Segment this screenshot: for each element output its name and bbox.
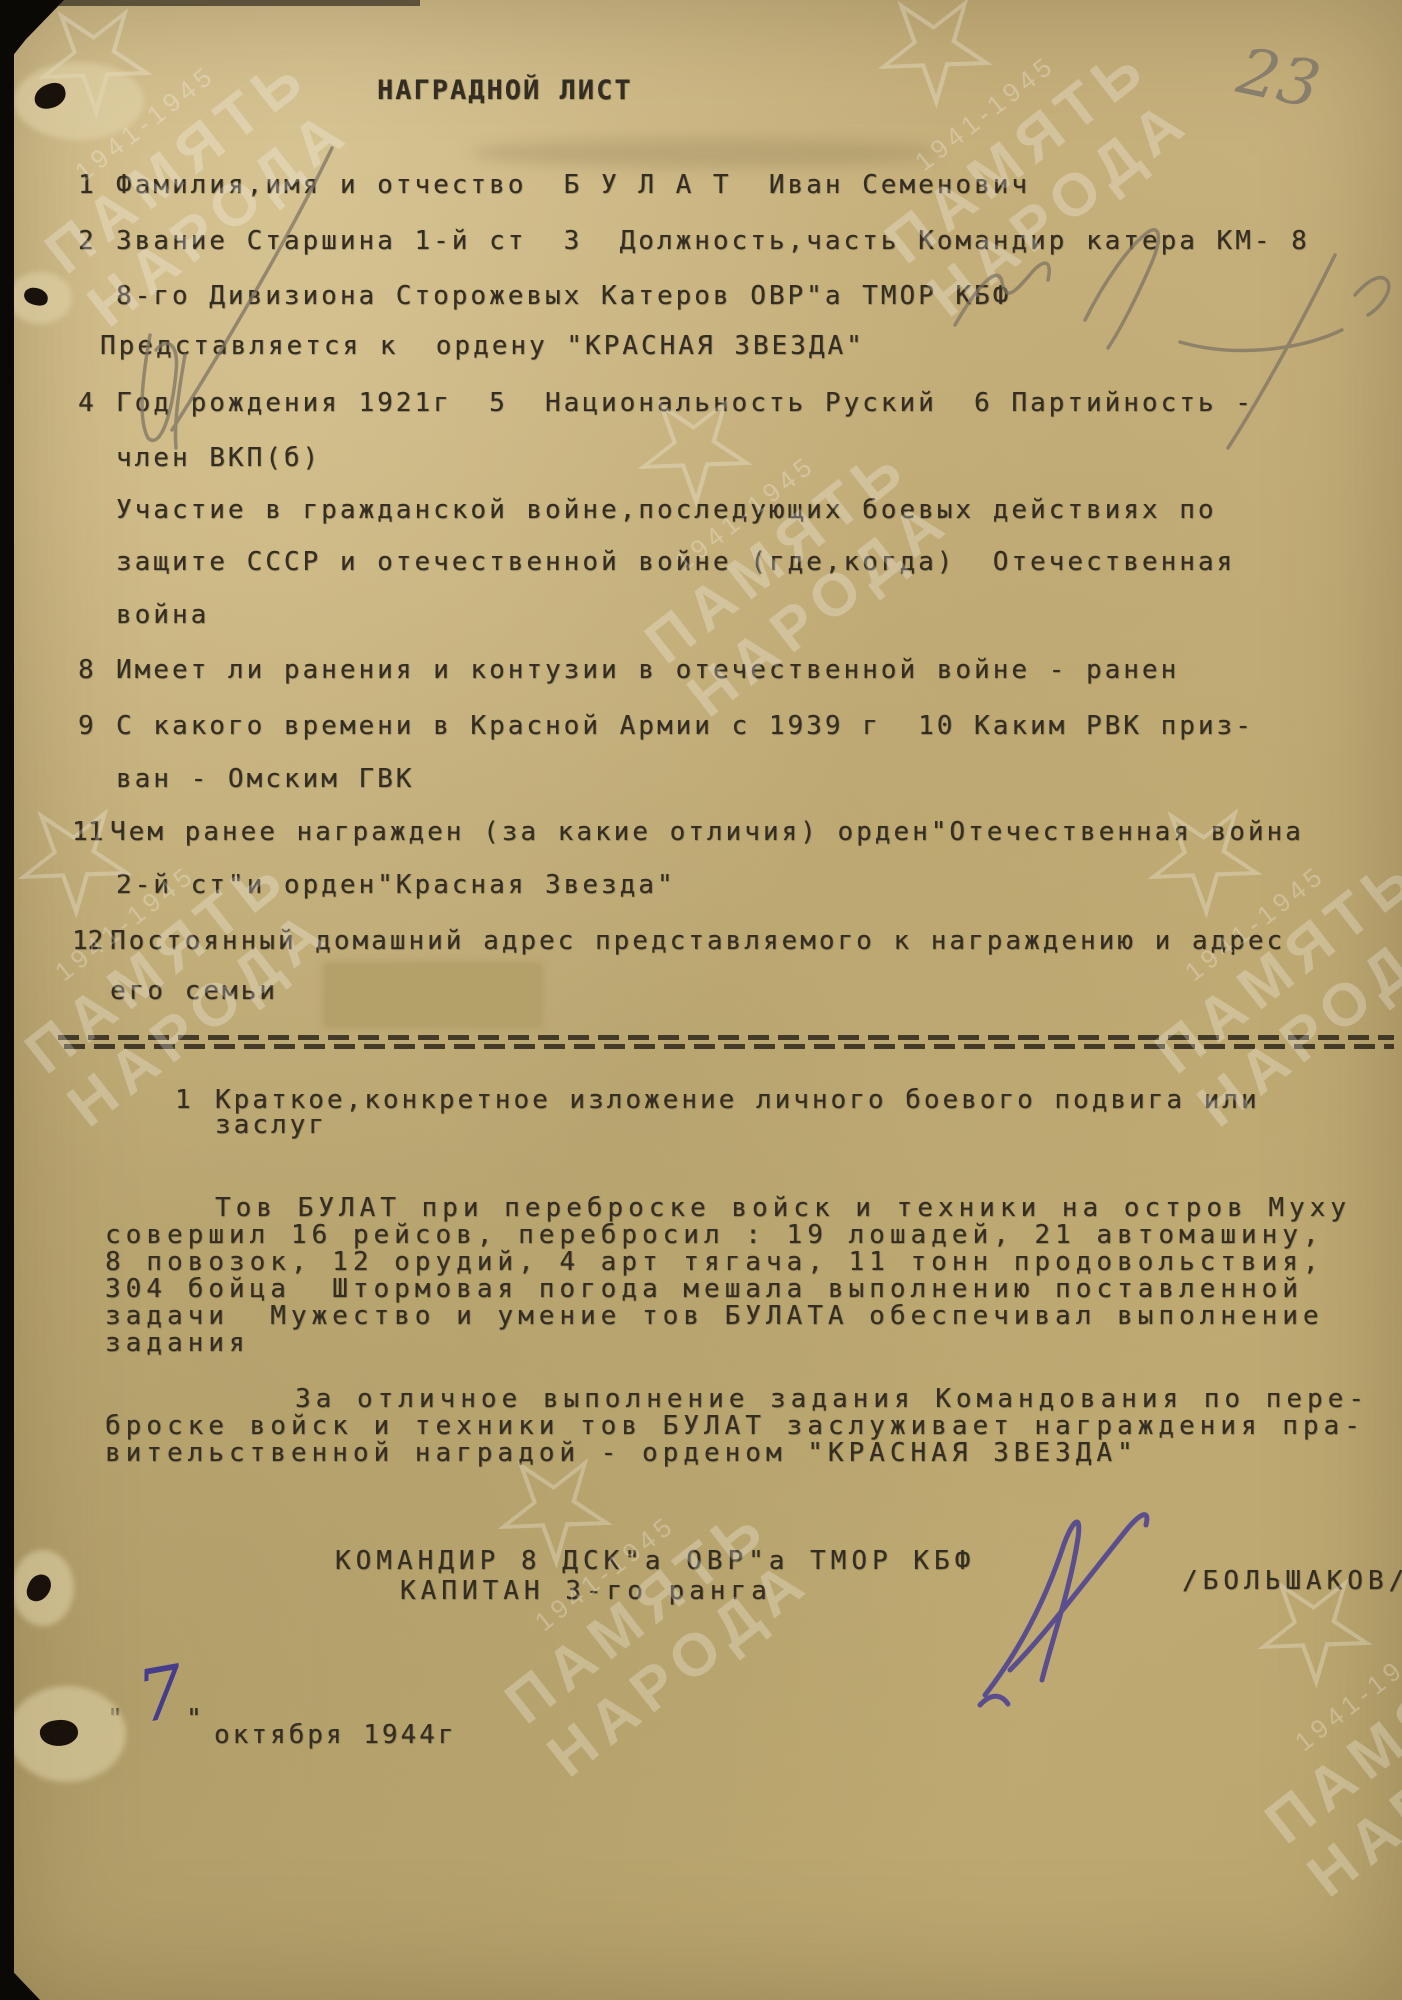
award-sheet-scan: ☆ 1941-1945 ПАМЯТЬ НАРОДА ☆ 1941-1945 ПА… (0, 0, 1402, 2000)
scan-edge-left (0, 0, 14, 2000)
scan-edge-top (0, 0, 420, 6)
pencil-annotations (0, 0, 1402, 2000)
paper-tear (14, 62, 144, 140)
